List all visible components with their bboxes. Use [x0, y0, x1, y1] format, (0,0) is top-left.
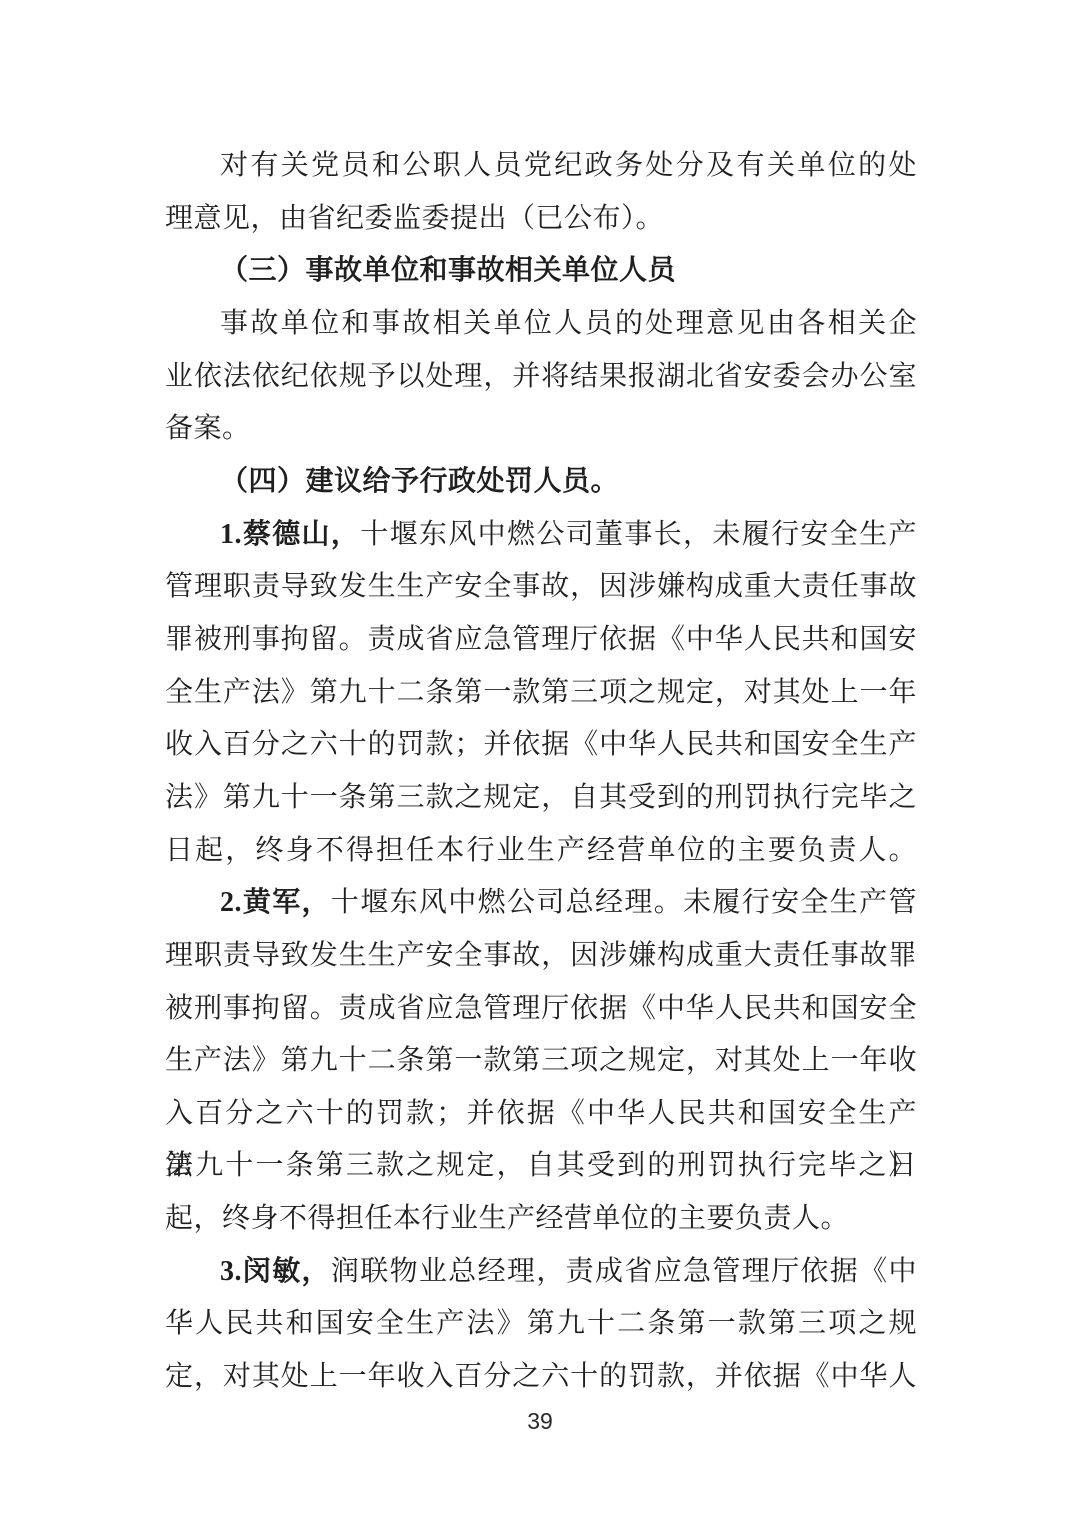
text-line: 全生产法》第九十二条第一款第三项之规定，对其处上一年 — [165, 667, 917, 720]
text-line: 罪被刑事拘留。责成省应急管理厅依据《中华人民共和国安 — [165, 614, 917, 667]
heading-line: （三）事故单位和事故相关单位人员 — [165, 245, 917, 298]
line-text: 润联物业总经理，责成省应急管理厅依据《中 — [331, 1256, 917, 1287]
text-line: 生产法》第九十二条第一款第三项之规定，对其处上一年收 — [165, 1035, 917, 1088]
text-line: 事故单位和事故相关单位人员的处理意见由各相关企 — [165, 298, 917, 351]
text-line: 1.蔡德山，十堰东风中燃公司董事长，未履行安全生产 — [165, 509, 917, 562]
text-line: 3.闵敏，润联物业总经理，责成省应急管理厅依据《中 — [165, 1246, 917, 1299]
text-line: 对有关党员和公职人员党纪政务处分及有关单位的处 — [165, 140, 917, 193]
page-number: 39 — [0, 1408, 1080, 1435]
numbered-person-name: 2.黄军， — [220, 887, 331, 918]
numbered-person-name: 1.蔡德山， — [220, 519, 360, 550]
text-line: 业依法依纪依规予以处理，并将结果报湖北省安委会办公室 — [165, 351, 917, 404]
line-text: 十堰东风中燃公司总经理。未履行安全生产管 — [331, 887, 917, 918]
text-line: 理职责导致发生生产安全事故，因涉嫌构成重大责任事故罪 — [165, 930, 917, 983]
text-line: 起，终身不得担任本行业生产经营单位的主要负责人。 — [165, 1193, 917, 1246]
text-line: 2.黄军，十堰东风中燃公司总经理。未履行安全生产管 — [165, 877, 917, 930]
text-line: 理意见，由省纪委监委提出（已公布）。 — [165, 193, 917, 246]
text-line: 法》第九十一条第三款之规定，自其受到的刑罚执行完毕之 — [165, 772, 917, 825]
text-line: 华人民共和国安全生产法》第九十二条第一款第三项之规 — [165, 1298, 917, 1351]
heading-line: （四）建议给予行政处罚人员。 — [165, 456, 917, 509]
numbered-person-name: 3.闵敏， — [220, 1256, 331, 1287]
text-line: 被刑事拘留。责成省应急管理厅依据《中华人民共和国安全 — [165, 983, 917, 1036]
text-line: 入百分之六十的罚款；并依据《中华人民共和国安全生产法》 — [165, 1088, 917, 1141]
text-line: 第九十一条第三款之规定，自其受到的刑罚执行完毕之日 — [165, 1140, 917, 1193]
text-line: 收入百分之六十的罚款；并依据《中华人民共和国安全生产 — [165, 719, 917, 772]
line-text: 十堰东风中燃公司董事长，未履行安全生产 — [360, 519, 917, 550]
text-line: 管理职责导致发生生产安全事故，因涉嫌构成重大责任事故 — [165, 561, 917, 614]
document-page: 对有关党员和公职人员党纪政务处分及有关单位的处理意见，由省纪委监委提出（已公布）… — [0, 0, 1080, 1527]
text-line: 日起，终身不得担任本行业生产经营单位的主要负责人。 — [165, 825, 917, 878]
document-body: 对有关党员和公职人员党纪政务处分及有关单位的处理意见，由省纪委监委提出（已公布）… — [165, 140, 917, 1404]
text-line: 定，对其处上一年收入百分之六十的罚款，并依据《中华人 — [165, 1351, 917, 1404]
text-line: 备案。 — [165, 403, 917, 456]
